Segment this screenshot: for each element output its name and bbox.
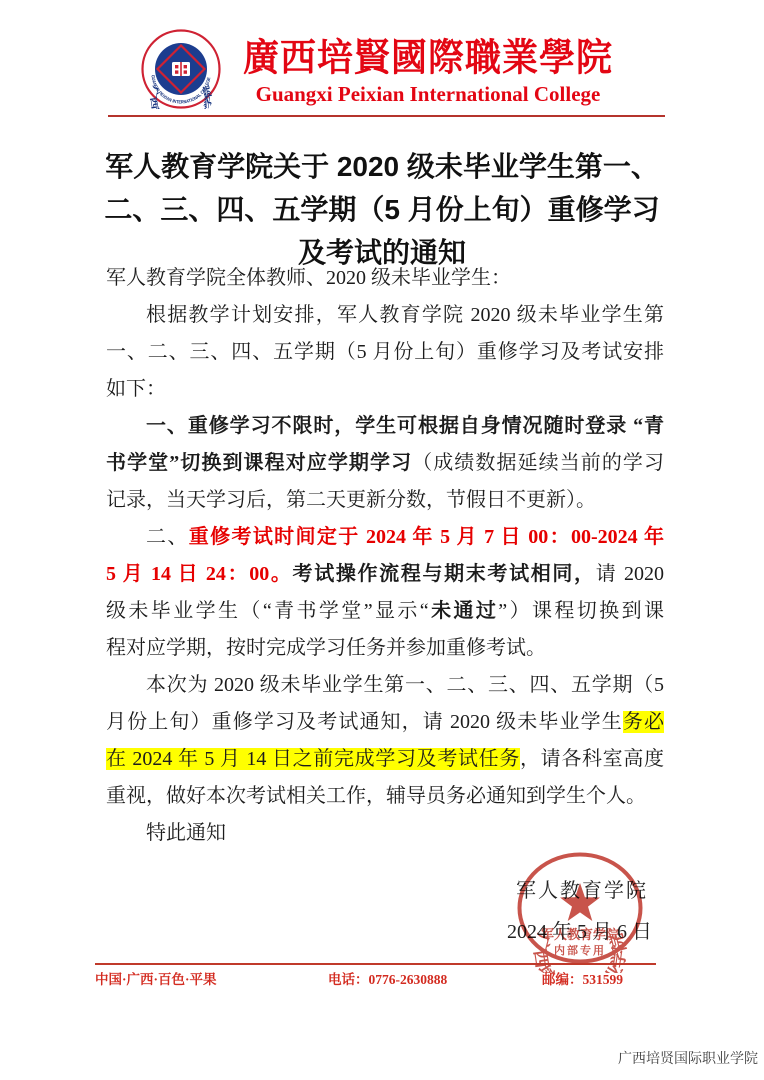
item-2-line: 5 月 14 日 24：00。考试操作流程与期末考试相同，请 2020 (106, 556, 664, 593)
corner-watermark: 广西培贤国际职业学院 (618, 1048, 758, 1068)
seal-bottom-text: 内部专用 (554, 943, 606, 957)
body-line: 根据教学计划安排，军人教育学院 2020 级未毕业学生第 (106, 297, 664, 334)
title-line-1: 军人教育学院关于 2020 级未毕业学生第一、 (100, 145, 664, 188)
footer-address: 中国·广西·百色·平果 (95, 968, 217, 988)
highlighted-text: 务必 (623, 711, 664, 733)
book-icon (172, 62, 190, 76)
highlighted-text: 在 2024 年 5 月 14 日之前完成学习及考试任务 (106, 748, 520, 770)
item-1-line: 书学堂”切换到课程对应学期学习（成绩数据延续当前的学习 (106, 445, 664, 482)
footer-phone: 电话：0776-2630888 (328, 968, 447, 988)
closing-phrase: 特此通知 (106, 815, 664, 852)
title-line-2: 二、三、四、五学期（5 月份上旬）重修学习 (100, 188, 664, 231)
item-2-line: 级未毕业学生（“青书学堂”显示“未通过”）课程切换到课 (106, 593, 664, 630)
star-icon (560, 883, 600, 921)
notice-document: 广西培贤国际职业学院 GUANGXI PEIXIAN INTERNATIONAL… (0, 0, 764, 1080)
notice-body: 军人教育学院全体教师、2020 级未毕业学生： 根据教学计划安排，军人教育学院 … (106, 260, 664, 852)
college-logo: 广西培贤国际职业学院 GUANGXI PEIXIAN INTERNATIONAL… (141, 29, 221, 109)
item-1-line: 记录，当天学习后，第二天更新分数，节假日不更新）。 (106, 482, 664, 519)
college-name-en: Guangxi Peixian International College (238, 82, 618, 107)
document-title: 军人教育学院关于 2020 级未毕业学生第一、 二、三、四、五学期（5 月份上旬… (100, 145, 664, 274)
body-line: 月份上旬）重修学习及考试通知，请 2020 级未毕业学生务必 (106, 704, 664, 741)
header-divider (108, 115, 665, 117)
body-line: 一、二、三、四、五学期（5 月份上旬）重修学习及考试安排 (106, 334, 664, 371)
seal-center-text: 军人教育学院 (541, 927, 619, 942)
item-1-line: 一、重修学习不限时，学生可根据自身情况随时登录 “青 (106, 408, 664, 445)
item-2-line: 二、重修考试时间定于 2024 年 5 月 7 日 00：00-2024 年 (106, 519, 664, 556)
footer-divider (95, 963, 656, 965)
salutation-line: 军人教育学院全体教师、2020 级未毕业学生： (106, 260, 664, 297)
footer-postal-code: 邮编：531599 (542, 968, 623, 988)
item-2-line: 程对应学期，按时完成学习任务并参加重修考试。 (106, 630, 664, 667)
body-line: 如下： (106, 371, 664, 408)
body-line: 本次为 2020 级未毕业学生第一、二、三、四、五学期（5 (106, 667, 664, 704)
body-line: 重视，做好本次考试相关工作，辅导员务必通知到学生个人。 (106, 778, 664, 815)
college-name-cn: 廣西培賢國際職業學院 (238, 33, 618, 83)
official-seal: 广西培贤国际职业学院 军人教育学院 内部专用 (512, 848, 652, 973)
body-line: 在 2024 年 5 月 14 日之前完成学习及考试任务，请各科室高度 (106, 741, 664, 778)
